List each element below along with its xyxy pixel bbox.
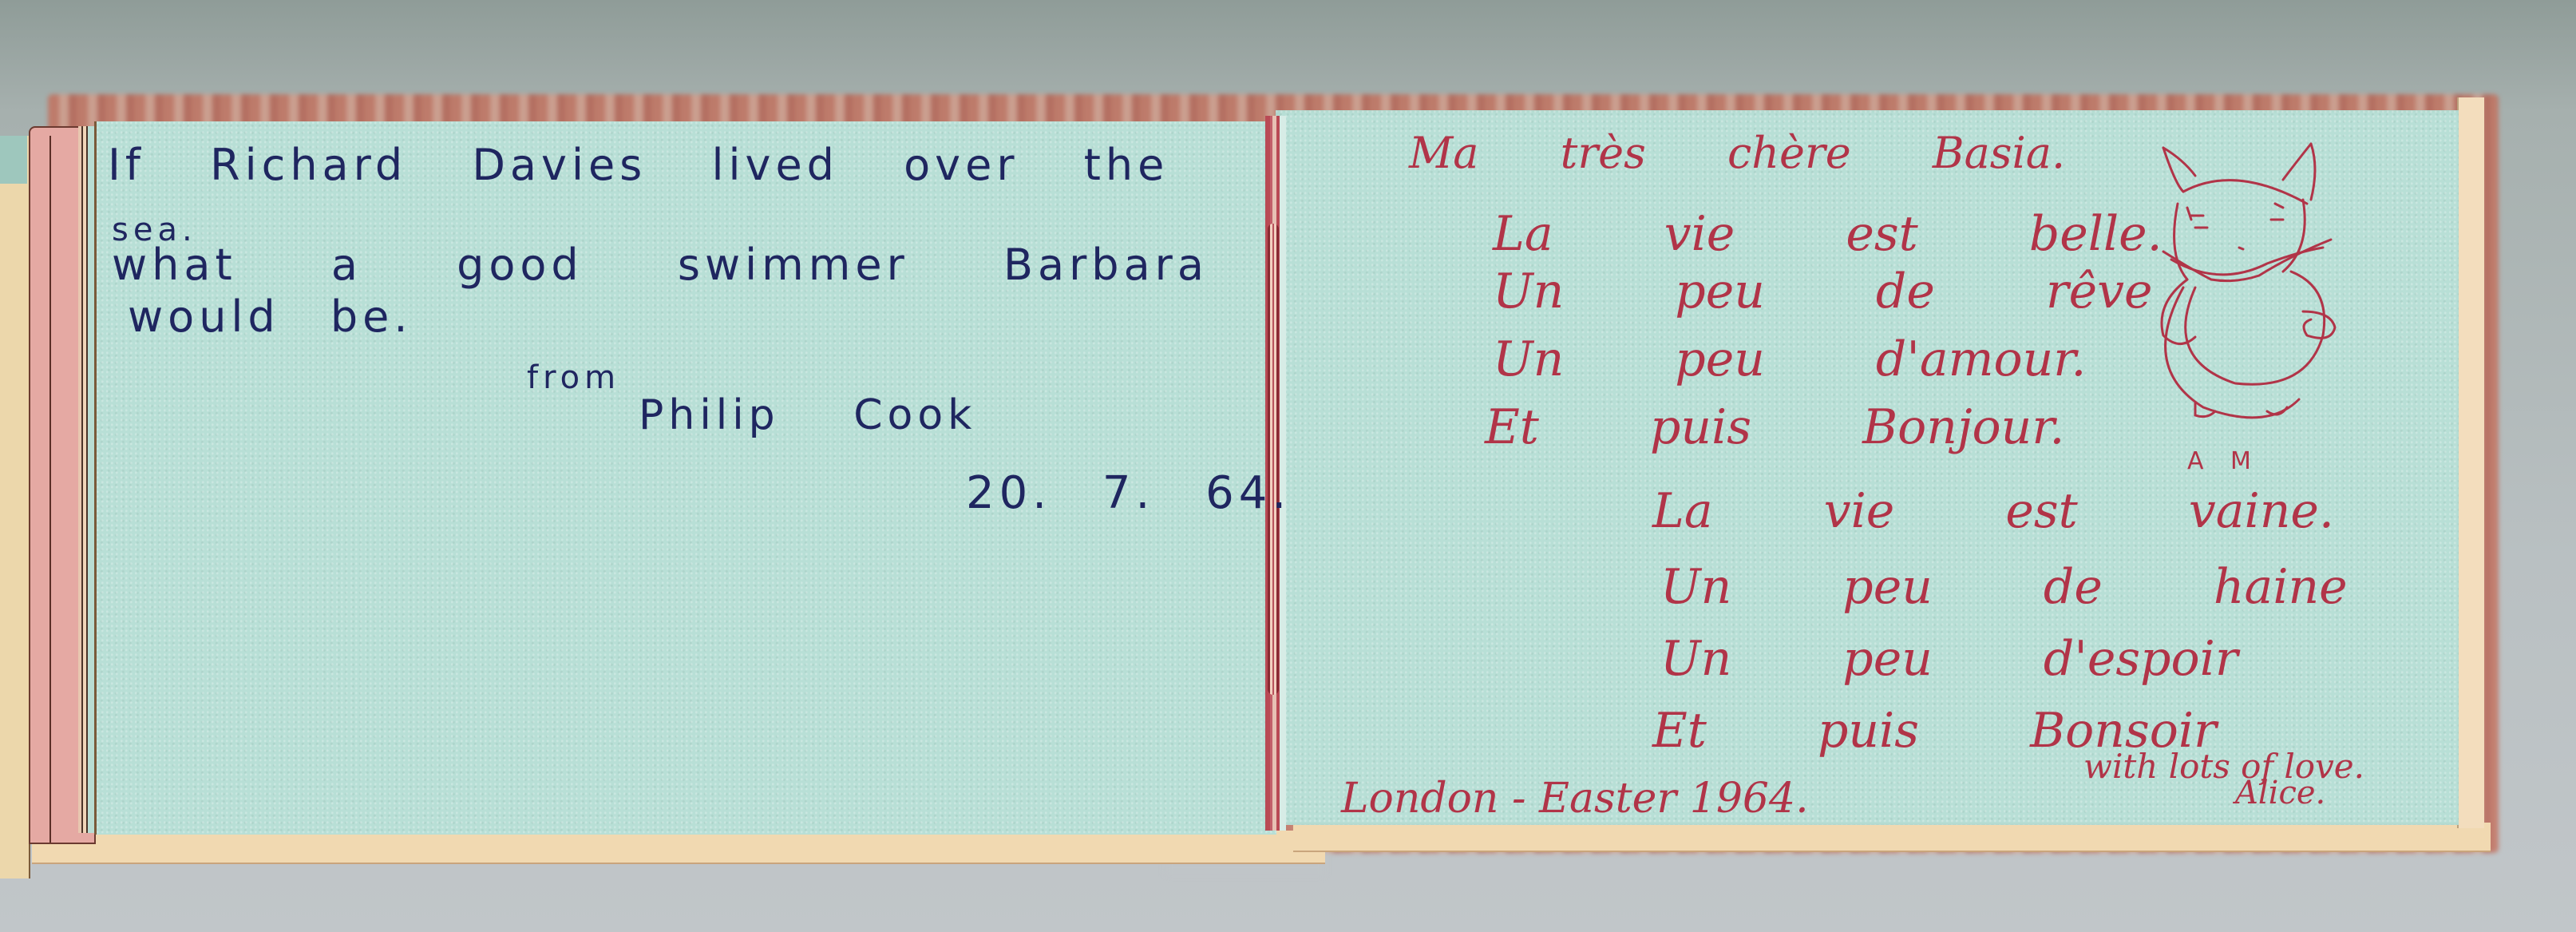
left-verse-line-4: would be. [128, 291, 413, 342]
left-flap-tab [0, 136, 27, 184]
left-cover-flap [0, 136, 30, 878]
signer-name: Philip Cook [639, 391, 976, 439]
poem-line: La vie est belle. [1493, 206, 2162, 262]
signature: Alice. [2235, 775, 2325, 811]
drawing-initials: A M [2187, 447, 2261, 475]
poem-line: Un peu d'amour. [1493, 331, 2086, 387]
left-verse-line-1: If Richard Davies lived over the [108, 140, 1169, 190]
poem-line: Un peu d'espoir [1660, 631, 2238, 687]
from-label: from [527, 359, 620, 396]
page-stack-edge-right [1293, 823, 2491, 852]
page-stack-edge-left [32, 831, 1325, 864]
poem-line: Un peu de haine [1660, 559, 2348, 615]
page-stack-stripes [78, 126, 94, 833]
page-stack-edge-side [2457, 97, 2484, 828]
entry-date: 20. 7. 64. [966, 467, 1291, 519]
place-and-date: London - Easter 1964. [1341, 775, 1809, 823]
greeting: Ma très chère Basia. [1409, 128, 2065, 178]
poem-line: Un peu de rêve [1493, 264, 2153, 319]
poem-line: Et puis Bonjour. [1485, 399, 2064, 455]
left-verse-line-3: what a good swimmer Barbara [112, 240, 1209, 290]
cat-drawing-icon [2107, 128, 2371, 455]
poem-line: La vie est vaine. [1652, 483, 2334, 539]
binding-thread [1268, 224, 1279, 695]
